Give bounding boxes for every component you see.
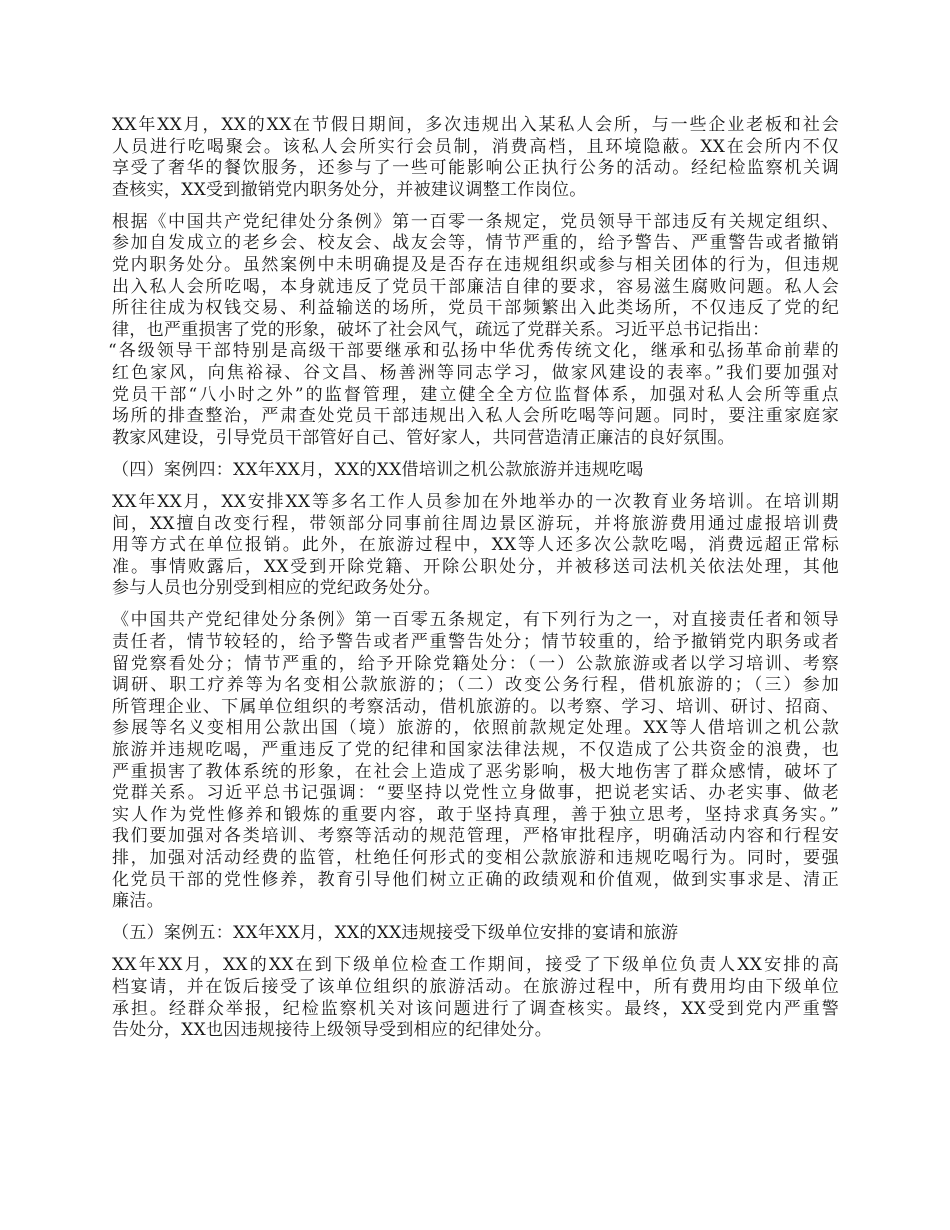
text-line: 用等方式在单位报销。此外，在旅游过程中，XX等人还多次公款吃喝，消费远超正常标 xyxy=(112,535,839,557)
paragraph-case-five-facts: XX年XX月，XX的XX在到下级单位检查工作期间，接受了下级单位负责人XX安排的… xyxy=(112,955,839,1041)
text-line: 场所的排查整治，严肃查处党员干部违规出入私人会所吃喝等问题。同时，要注重家庭家 xyxy=(112,406,839,428)
text-line: 化党员干部的党性修养，教育引导他们树立正确的政绩观和价值观，做到实事求是、清正 xyxy=(112,870,839,892)
heading-text: （五）案例五：XX年XX月，XX的XX违规接受下级单位安排的宴请和旅游 xyxy=(112,923,839,945)
paragraph-case-four-analysis: 《中国共产党纪律处分条例》第一百零五条规定，有下列行为之一，对直接责任者和领导 … xyxy=(112,610,839,912)
text-line: 党内职务处分。虽然案例中未明确提及是否存在违规组织或参与相关团体的行为，但违规 xyxy=(112,255,839,277)
text-line: 排，加强对活动经费的监管，杜绝任何形式的变相公款旅游和违规吃喝行为。同时，要强 xyxy=(112,848,839,870)
text-line: 实人作为党性修养和锻炼的重要内容，敢于坚持真理，善于独立思考，坚持求真务实。” xyxy=(112,805,839,827)
text-line: 所管理企业、下属单位组织的考察活动，借机旅游的。以考察、学习、培训、研讨、招商、 xyxy=(112,697,839,719)
text-line: XX年XX月，XX安排XX等多名工作人员参加在外地举办的一次教育业务培训。在培训… xyxy=(112,492,839,514)
text-line: 参加自发成立的老乡会、校友会、战友会等，情节严重的，给予警告、严重警告或者撤销 xyxy=(112,233,839,255)
text-line: 责任者，情节较轻的，给予警告或者严重警告处分；情节较重的，给予撤销党内职务或者 xyxy=(112,632,839,654)
text-line: 《中国共产党纪律处分条例》第一百零五条规定，有下列行为之一，对直接责任者和领导 xyxy=(112,610,839,632)
text-line: 党员干部“八小时之外”的监督管理，建立健全全方位监督体系，加强对私人会所等重点 xyxy=(112,385,839,407)
text-line: XX年XX月，XX的XX在节假日期间，多次违规出入某私人会所，与一些企业老板和社… xyxy=(112,115,839,137)
text-line: 出入私人会所吃喝，本身就违反了党员干部廉洁自律的要求，容易滋生腐败问题。私人会 xyxy=(112,277,839,299)
text-line: 红色家风，向焦裕禄、谷文昌、杨善洲等同志学习，做家风建设的表率。”我们要加强对 xyxy=(112,363,839,385)
text-line: 旅游并违规吃喝，严重违反了党的纪律和国家法律法规，不仅造成了公共资金的浪费，也 xyxy=(112,740,839,762)
text-line: 享受了奢华的餐饮服务，还参与了一些可能影响公正执行公务的活动。经纪检监察机关调 xyxy=(112,158,839,180)
text-line: 参展等名义变相用公款出国（境）旅游的，依照前款规定处理。XX等人借培训之机公款 xyxy=(112,718,839,740)
text-line: “各级领导干部特别是高级干部要继承和弘扬中华优秀传统文化，继承和弘扬革命前辈的 xyxy=(108,341,839,363)
text-line: 党群关系。习近平总书记强调：“要坚持以党性立身做事，把说老实话、办老实事、做老 xyxy=(112,783,839,805)
text-line: 严重损害了教体系统的形象，在社会上造成了恶劣影响，极大地伤害了群众感情，破坏了 xyxy=(112,762,839,784)
text-line: 准。事情败露后，XX受到开除党籍、开除公职处分，并被移送司法机关依法处理，其他 xyxy=(112,557,839,579)
text-line: 查核实，XX受到撤销党内职务处分，并被建议调整工作岗位。 xyxy=(112,180,839,202)
paragraph-case-four-facts: XX年XX月，XX安排XX等多名工作人员参加在外地举办的一次教育业务培训。在培训… xyxy=(112,492,839,600)
text-line: 间，XX擅自改变行程，带领部分同事前往周边景区游玩，并将旅游费用通过虚报培训费 xyxy=(112,514,839,536)
text-line: 教家风建设，引导党员干部管好自己、管好家人，共同营造清正廉洁的良好氛围。 xyxy=(112,428,839,450)
text-line: XX年XX月，XX的XX在到下级单位检查工作期间，接受了下级单位负责人XX安排的… xyxy=(112,955,839,977)
section-heading-case-four: （四）案例四：XX年XX月，XX的XX借培训之机公款旅游并违规吃喝 xyxy=(112,460,839,482)
text-line: 我们要加强对各类培训、考察等活动的规范管理，严格审批程序，明确活动内容和行程安 xyxy=(112,826,839,848)
text-line: 人员进行吃喝聚会。该私人会所实行会员制，消费高档，且环境隐蔽。XX在会所内不仅 xyxy=(112,137,839,159)
text-line: 参与人员也分别受到相应的党纪政务处分。 xyxy=(112,578,839,600)
text-line: 调研、职工疗养等为名变相公款旅游的；（二）改变公务行程，借机旅游的；（三）参加 xyxy=(112,675,839,697)
text-line: 廉洁。 xyxy=(112,891,839,913)
section-heading-case-five: （五）案例五：XX年XX月，XX的XX违规接受下级单位安排的宴请和旅游 xyxy=(112,923,839,945)
text-line: 档宴请，并在饭后接受了该单位组织的旅游活动。在旅游过程中，所有费用均由下级单位 xyxy=(112,977,839,999)
text-line: 根据《中国共产党纪律处分条例》第一百零一条规定，党员领导干部违反有关规定组织、 xyxy=(112,212,839,234)
text-line: 留党察看处分；情节严重的，给予开除党籍处分：（一）公款旅游或者以学习培训、考察 xyxy=(112,654,839,676)
text-line: 律，也严重损害了党的形象，破坏了社会风气，疏远了党群关系。习近平总书记指出： xyxy=(112,320,839,342)
paragraph-case-three-analysis: 根据《中国共产党纪律处分条例》第一百零一条规定，党员领导干部违反有关规定组织、 … xyxy=(112,212,839,450)
heading-text: （四）案例四：XX年XX月，XX的XX借培训之机公款旅游并违规吃喝 xyxy=(112,460,839,482)
text-line: 所往往成为权钱交易、利益输送的场所，党员干部频繁出入此类场所，不仅违反了党的纪 xyxy=(112,298,839,320)
text-line: 承担。经群众举报，纪检监察机关对该问题进行了调查核实。最终，XX受到党内严重警 xyxy=(112,999,839,1021)
paragraph-case-three-facts: XX年XX月，XX的XX在节假日期间，多次违规出入某私人会所，与一些企业老板和社… xyxy=(112,115,839,201)
text-line: 告处分，XX也因违规接待上级领导受到相应的纪律处分。 xyxy=(112,1020,839,1042)
document-page: XX年XX月，XX的XX在节假日期间，多次违规出入某私人会所，与一些企业老板和社… xyxy=(112,115,839,1052)
